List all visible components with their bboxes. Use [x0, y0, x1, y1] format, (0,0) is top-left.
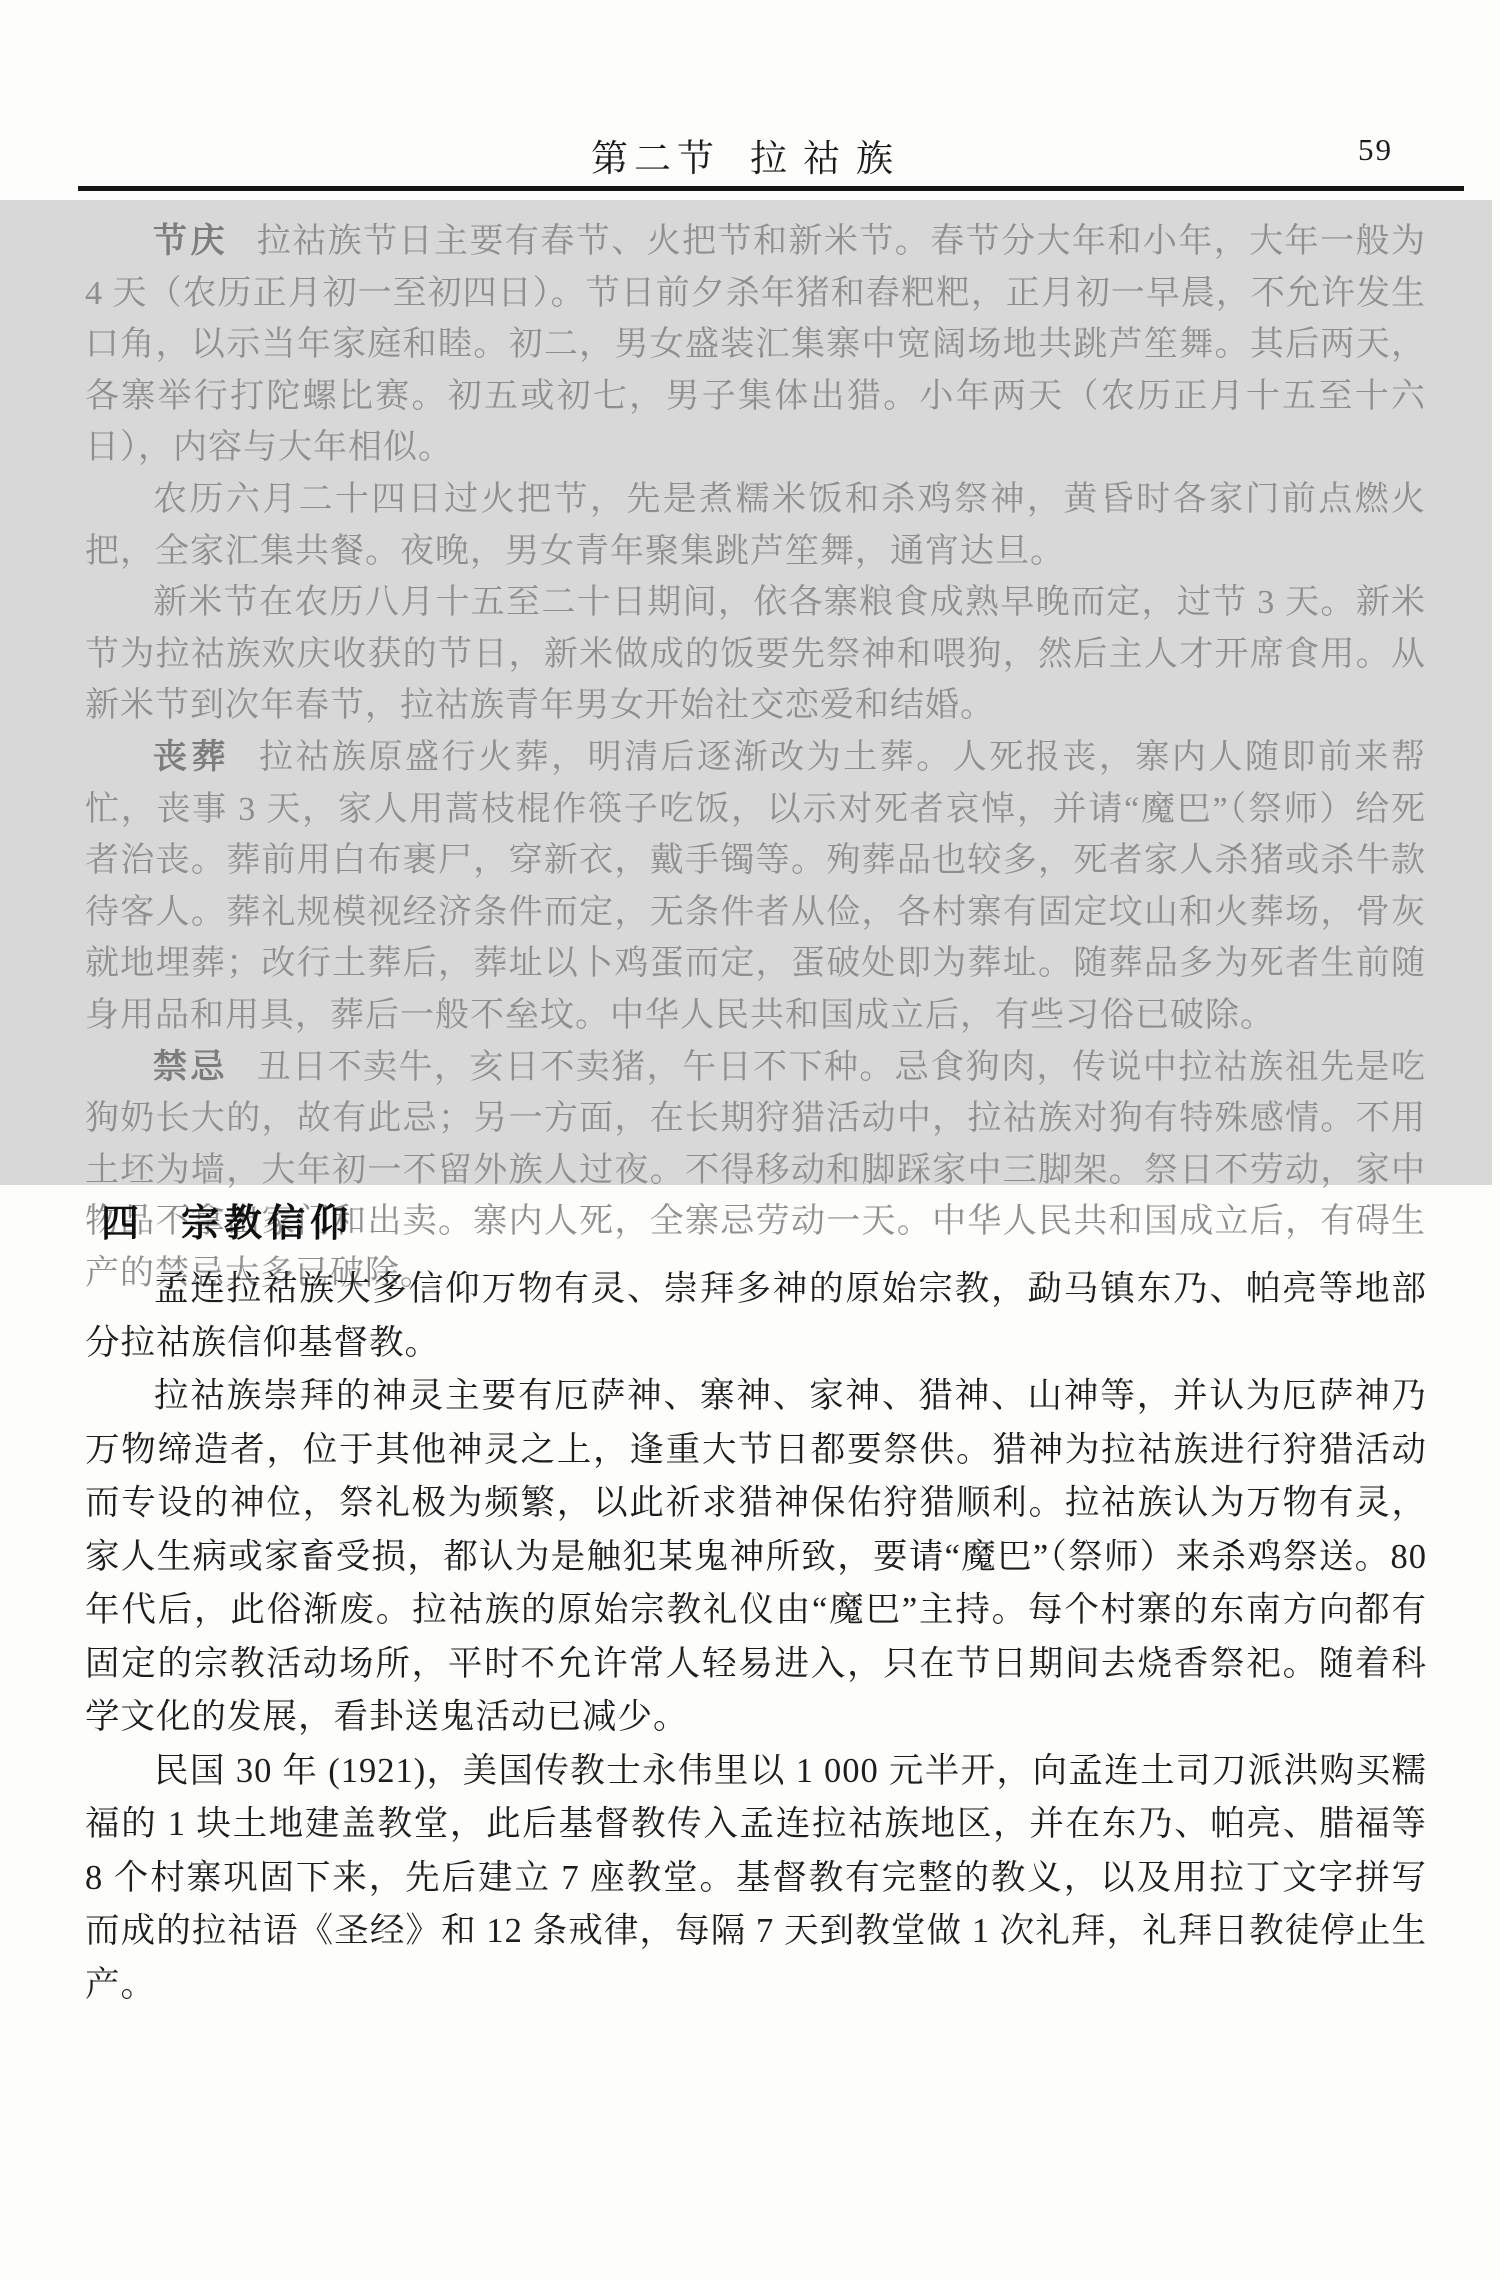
paragraph: 民国 30 年 (1921)，美国传教士永伟里以 1 000 元半开，向孟连土司…: [85, 1745, 1427, 2013]
religion-section-body: 孟连拉祜族大多信仰万物有灵、崇拜多神的原始宗教，勐马镇东乃、帕亮等地部分拉祜族信…: [85, 1263, 1427, 2012]
paragraph: 拉祜族崇拜的神灵主要有厄萨神、寨神、家神、猎神、山神等，并认为厄萨神乃万物缔造者…: [85, 1370, 1427, 1745]
paragraph-lead-word: 禁忌: [153, 1049, 228, 1086]
page-number: 59: [1358, 132, 1393, 168]
chapter-title: 拉祜族: [750, 139, 909, 180]
header-rule: [78, 186, 1464, 191]
page-header: 第二节拉祜族 59: [0, 128, 1500, 174]
paragraph-lead-word: 节庆: [153, 223, 228, 260]
paragraph-lead-word: 丧葬: [153, 739, 230, 776]
section-heading-number: 四: [101, 1203, 139, 1245]
paragraph: 节庆拉祜族节日主要有春节、火把节和新米节。春节分大年和小年，大年一般为 4 天（…: [85, 216, 1426, 474]
section-label: 第二节: [591, 139, 720, 180]
shaded-text-block: 节庆拉祜族节日主要有春节、火把节和新米节。春节分大年和小年，大年一般为 4 天（…: [0, 200, 1492, 1185]
paragraph: 丧葬拉祜族原盛行火葬，明清后逐渐改为土葬。人死报丧，寨内人随即前来帮忙，丧事 3…: [85, 732, 1426, 1042]
paragraph: 新米节在农历八月十五至二十日期间，依各寨粮食成熟早晚而定，过节 3 天。新米节为…: [85, 577, 1426, 732]
paragraph: 农历六月二十四日过火把节，先是煮糯米饭和杀鸡祭神，黄昏时各家门前点燃火把，全家汇…: [85, 474, 1426, 577]
paragraph-text: 新米节在农历八月十五至二十日期间，依各寨粮食成熟早晚而定，过节 3 天。新米节为…: [85, 584, 1426, 724]
scanned-book-page: 第二节拉祜族 59 节庆拉祜族节日主要有春节、火把节和新米节。春节分大年和小年，…: [0, 0, 1500, 2280]
paragraph-text: 农历六月二十四日过火把节，先是煮糯米饭和杀鸡祭神，黄昏时各家门前点燃火把，全家汇…: [85, 481, 1426, 570]
section-heading: 四宗教信仰: [101, 1192, 1427, 1247]
section-heading-text: 宗教信仰: [181, 1203, 353, 1245]
paragraph-text: 拉祜族原盛行火葬，明清后逐渐改为土葬。人死报丧，寨内人随即前来帮忙，丧事 3 天…: [85, 739, 1426, 1034]
paragraph-text: 拉祜族节日主要有春节、火把节和新米节。春节分大年和小年，大年一般为 4 天（农历…: [85, 223, 1426, 466]
paragraph: 孟连拉祜族大多信仰万物有灵、崇拜多神的原始宗教，勐马镇东乃、帕亮等地部分拉祜族信…: [85, 1263, 1427, 1370]
running-head: 第二节拉祜族: [0, 128, 1500, 182]
religion-section: 四宗教信仰 孟连拉祜族大多信仰万物有灵、崇拜多神的原始宗教，勐马镇东乃、帕亮等地…: [85, 1192, 1427, 2012]
